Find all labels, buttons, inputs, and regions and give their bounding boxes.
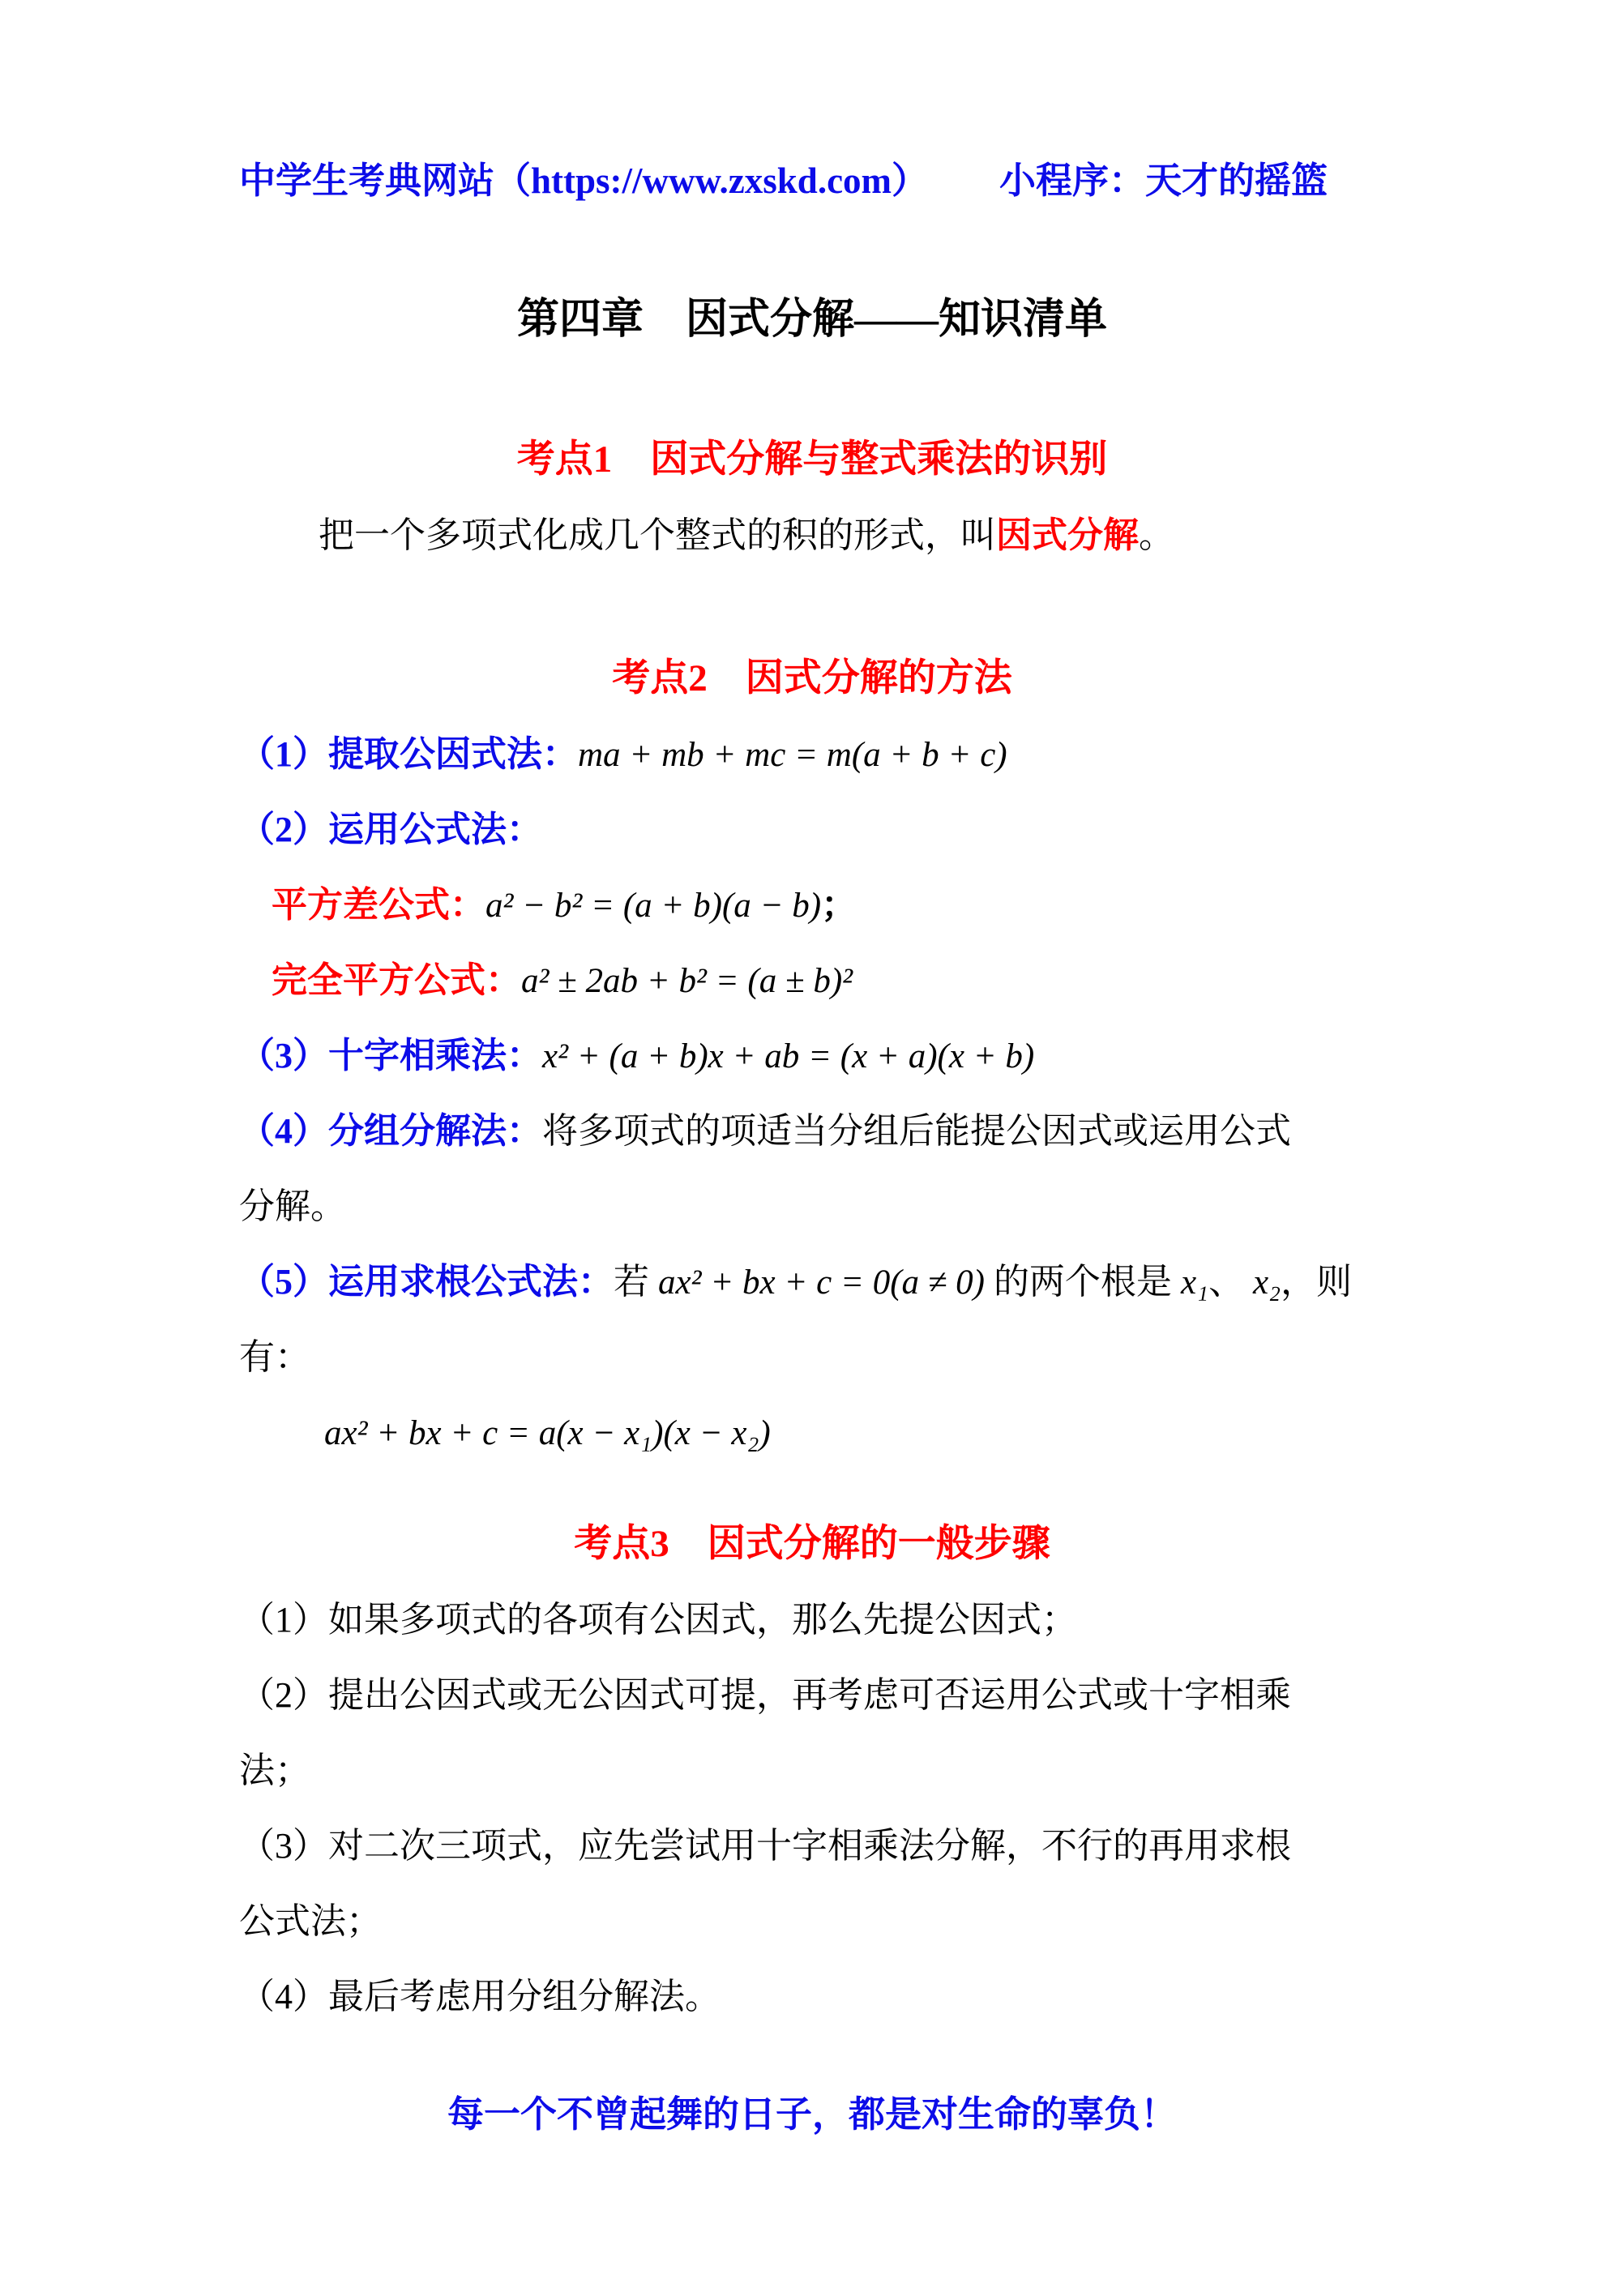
section1-highlight: 因式分解 bbox=[996, 515, 1139, 555]
method-item-4-text: 将多项式的项适当分组后能提公因式或运用公式 bbox=[542, 1111, 1291, 1151]
square-difference-line: 平方差公式：a² − b² = (a + b)(a − b)； bbox=[239, 867, 1385, 943]
step-item-3-line1: （3）对二次三项式，应先尝试用十字相乘法分解，不行的再用求根 bbox=[239, 1808, 1385, 1883]
method-item-5-text1: 若 bbox=[614, 1262, 658, 1302]
square-difference-tail: ； bbox=[821, 885, 857, 925]
section3-heading: 考点3 因式分解的一般步骤 bbox=[239, 1507, 1385, 1582]
square-difference-formula: a² − b² = (a + b)(a − b) bbox=[485, 887, 821, 925]
method-item-2: （2）运用公式法： bbox=[239, 792, 1385, 867]
chapter-title: 第四章 因式分解——知识清单 bbox=[239, 282, 1385, 357]
document-page: 中学生考典网站（https://www.zxskd.com）小程序：天才的摇篮 … bbox=[0, 0, 1608, 2296]
document-header: 中学生考典网站（https://www.zxskd.com）小程序：天才的摇篮 bbox=[239, 143, 1385, 219]
method-item-3-label: （3）十字相乘法： bbox=[239, 1036, 542, 1075]
method-item-5-line2: 有： bbox=[239, 1319, 1385, 1395]
step-item-4: （4）最后考虑用分组分解法。 bbox=[239, 1959, 1385, 2034]
method-item-4-line1: （4）分组分解法：将多项式的项适当分组后能提公因式或运用公式 bbox=[239, 1093, 1385, 1169]
method-item-5-root2: x₂ bbox=[1253, 1263, 1281, 1302]
perfect-square-line: 完全平方公式：a² ± 2ab + b² = (a ± b)² bbox=[239, 943, 1385, 1018]
root-factorization-formula-line: ax² + bx + c = a(x − x₁)(x − x₂) bbox=[239, 1395, 1385, 1470]
method-item-5-line1: （5）运用求根公式法：若 ax² + bx + c = 0(a ≠ 0) 的两个… bbox=[239, 1244, 1385, 1319]
method-item-5-formula1: ax² + bx + c = 0(a ≠ 0) bbox=[658, 1263, 985, 1302]
method-item-1-label: （1）提取公因式法： bbox=[239, 734, 578, 774]
header-app-text: 小程序：天才的摇篮 bbox=[999, 160, 1328, 201]
method-item-3: （3）十字相乘法：x² + (a + b)x + ab = (x + a)(x … bbox=[239, 1018, 1385, 1093]
perfect-square-formula: a² ± 2ab + b² = (a ± b)² bbox=[521, 962, 853, 1000]
step-item-1: （1）如果多项式的各项有公因式，那么先提公因式； bbox=[239, 1582, 1385, 1657]
method-item-1: （1）提取公因式法：ma + mb + mc = m(a + b + c) bbox=[239, 716, 1385, 792]
root-factorization-formula: ax² + bx + c = a(x − x₁)(x − x₂) bbox=[324, 1414, 771, 1452]
method-item-4-line2: 分解。 bbox=[239, 1169, 1385, 1244]
section1-text-prefix: 把一个多项式化成几个整式的积的形式，叫 bbox=[319, 515, 996, 555]
section1-heading: 考点1 因式分解与整式乘法的识别 bbox=[239, 422, 1385, 498]
step-item-2-line2: 法； bbox=[239, 1733, 1385, 1808]
method-item-5-text3: 、 bbox=[1208, 1262, 1253, 1302]
method-item-5-root1: x₁ bbox=[1181, 1263, 1208, 1302]
method-item-5-label: （5）运用求根公式法： bbox=[239, 1262, 614, 1302]
method-item-5-text4: ，则 bbox=[1281, 1262, 1352, 1302]
method-item-2-label: （2）运用公式法： bbox=[239, 810, 542, 849]
method-item-1-formula: ma + mb + mc = m(a + b + c) bbox=[578, 736, 1007, 774]
square-difference-label: 平方差公式： bbox=[272, 885, 485, 925]
step-item-3-line2: 公式法； bbox=[239, 1883, 1385, 1959]
footer-motto: 每一个不曾起舞的日子，都是对生命的辜负！ bbox=[239, 2077, 1385, 2153]
perfect-square-label: 完全平方公式： bbox=[272, 960, 521, 1000]
method-item-3-formula: x² + (a + b)x + ab = (x + a)(x + b) bbox=[542, 1037, 1034, 1075]
method-item-4-label: （4）分组分解法： bbox=[239, 1111, 542, 1151]
section1-text-suffix: 。 bbox=[1139, 515, 1174, 555]
step-item-2-line1: （2）提出公因式或无公因式可提，再考虑可否运用公式或十字相乘 bbox=[239, 1657, 1385, 1733]
section1-paragraph: 把一个多项式化成几个整式的积的形式，叫因式分解。 bbox=[239, 498, 1385, 573]
header-site-text: 中学生考典网站（https://www.zxskd.com） bbox=[239, 160, 928, 201]
method-item-5-text2: 的两个根是 bbox=[985, 1262, 1181, 1302]
section2-heading: 考点2 因式分解的方法 bbox=[239, 641, 1385, 716]
